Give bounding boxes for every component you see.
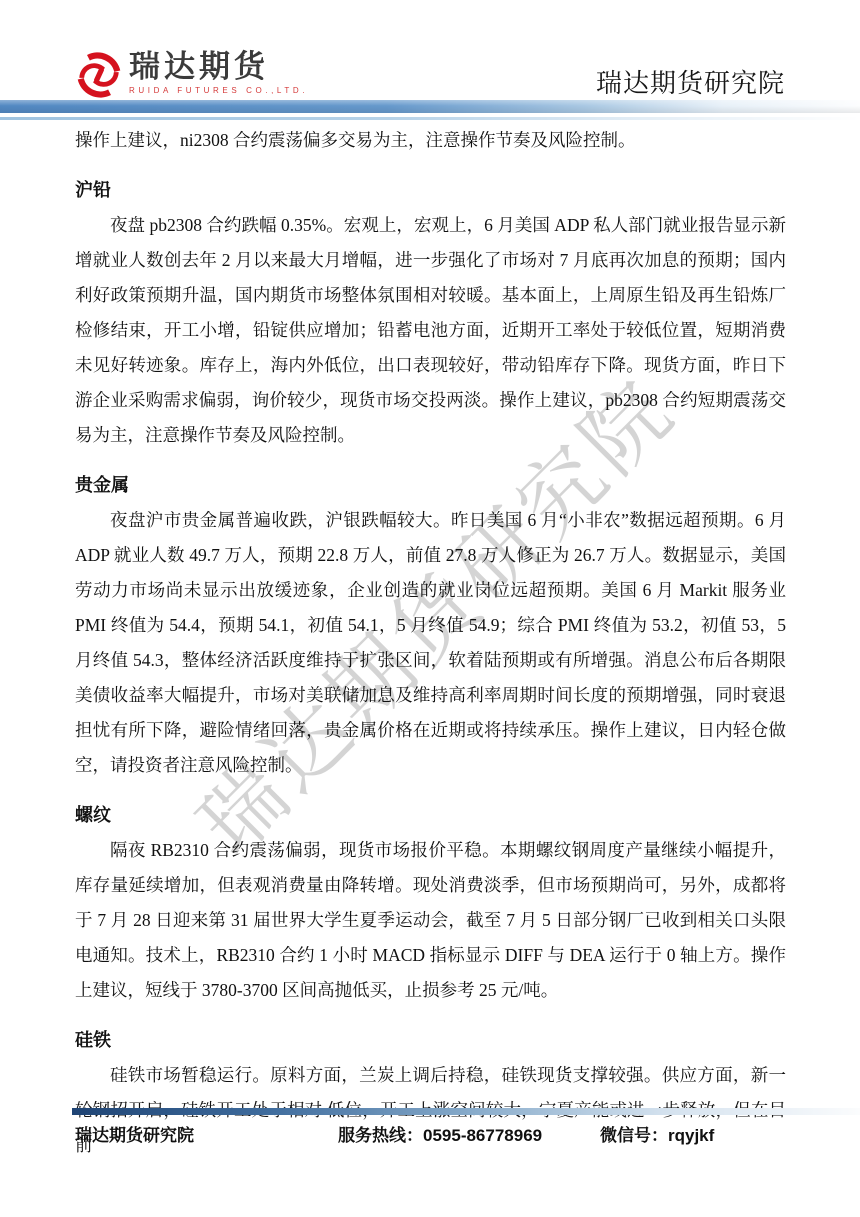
footer-wechat-label: 微信号：	[600, 1126, 668, 1145]
section-precious-metals: 贵金属 夜盘沪市贵金属普遍收跌，沪银跌幅较大。昨日美国 6 月“小非农”数据远超…	[75, 470, 786, 783]
header-institute-title: 瑞达期货研究院	[596, 63, 785, 100]
section-heading: 螺纹	[75, 800, 786, 830]
header-divider-thin-line	[0, 117, 860, 120]
logo-brand-cn: 瑞达期货	[129, 50, 308, 84]
intro-paragraph: 操作上建议，ni2308 合约震荡偏多交易为主，注意操作节奏及风险控制。	[75, 121, 786, 158]
page-header: 瑞达期货 RUIDA FUTURES CO.,LTD. 瑞达期货研究院	[0, 0, 860, 120]
section-heading: 硅铁	[75, 1025, 786, 1055]
footer-hotline: 服务热线：0595-86778969	[338, 1121, 542, 1146]
section-heading: 沪铅	[75, 175, 786, 205]
section-paragraph: 夜盘沪市贵金属普遍收跌，沪银跌幅较大。昨日美国 6 月“小非农”数据远超预期。6…	[75, 503, 786, 783]
footer-info-row: 瑞达期货研究院 服务热线：0595-86778969 微信号：rqyjkf	[75, 1121, 786, 1145]
section-hu-lead: 沪铅 夜盘 pb2308 合约跌幅 0.35%。宏观上，宏观上，6 月美国 AD…	[75, 175, 786, 453]
ruida-logo: 瑞达期货 RUIDA FUTURES CO.,LTD.	[75, 50, 308, 100]
section-heading: 贵金属	[75, 470, 786, 500]
footer-hotline-label: 服务热线：	[338, 1126, 423, 1145]
ruida-logo-icon	[75, 50, 123, 100]
logo-text-block: 瑞达期货 RUIDA FUTURES CO.,LTD.	[129, 50, 308, 95]
report-page: 瑞达期货 RUIDA FUTURES CO.,LTD. 瑞达期货研究院 瑞达期货…	[0, 0, 860, 1217]
report-body: 操作上建议，ni2308 合约震荡偏多交易为主，注意操作节奏及风险控制。 沪铅 …	[75, 121, 786, 1163]
section-paragraph: 夜盘 pb2308 合约跌幅 0.35%。宏观上，宏观上，6 月美国 ADP 私…	[75, 208, 786, 453]
section-rebar: 螺纹 隔夜 RB2310 合约震荡偏弱，现货市场报价平稳。本期螺纹钢周度产量继续…	[75, 800, 786, 1008]
footer-wechat: 微信号：rqyjkf	[600, 1121, 714, 1146]
footer-wechat-id: rqyjkf	[668, 1126, 714, 1145]
footer-hotline-number: 0595-86778969	[423, 1126, 542, 1145]
footer-org-name: 瑞达期货研究院	[75, 1121, 194, 1146]
footer-divider-bar	[72, 1108, 860, 1115]
section-paragraph: 隔夜 RB2310 合约震荡偏弱，现货市场报价平稳。本期螺纹钢周度产量继续小幅提…	[75, 833, 786, 1008]
logo-brand-en: RUIDA FUTURES CO.,LTD.	[129, 86, 308, 95]
header-divider-bar	[0, 100, 860, 113]
